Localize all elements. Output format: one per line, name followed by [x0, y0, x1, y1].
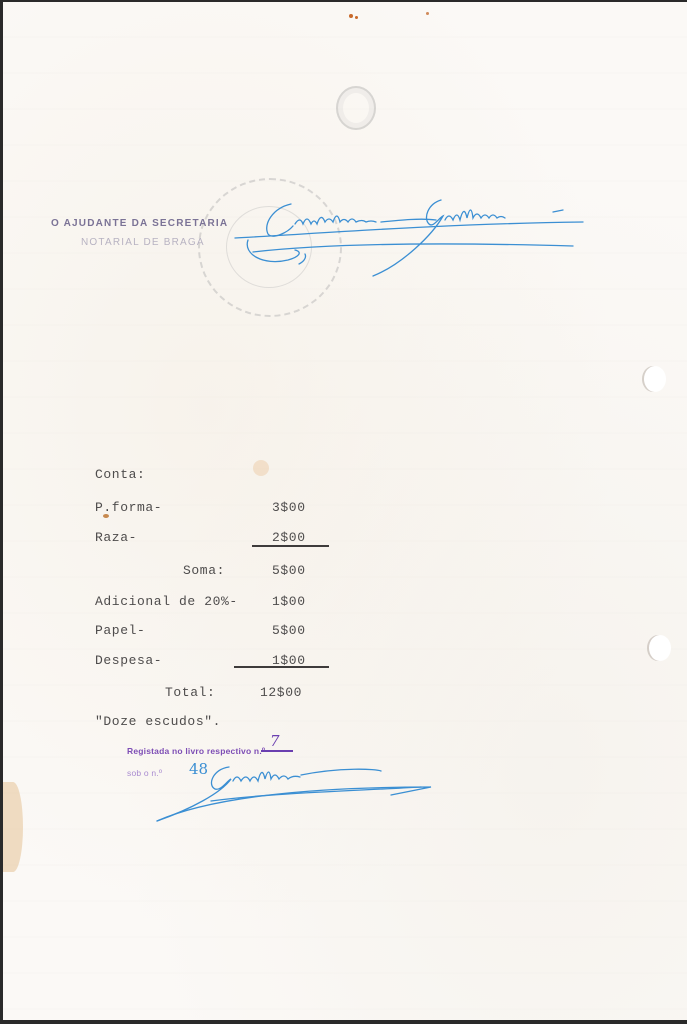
rust-speck: [426, 12, 429, 15]
row-amount-adicional: 1$00: [272, 594, 306, 609]
document-page: O AJUDANTE DA SECRETARIA NOTARIAL DE BRA…: [3, 2, 687, 1020]
registration-book-number: 7: [270, 732, 280, 750]
row-amount-pforma: 3$00: [272, 500, 306, 515]
account-heading: Conta:: [95, 467, 145, 482]
water-stain: [253, 460, 269, 476]
header-stamp-line2: NOTARIAL DE BRAGA: [81, 237, 205, 248]
row-label-raza: Raza-: [95, 530, 137, 545]
row-label-adicional: Adicional de 20%-: [95, 594, 238, 609]
punch-hole: [644, 366, 666, 392]
rust-speck: [349, 14, 353, 18]
row-amount-papel: 5$00: [272, 623, 306, 638]
signature-top: [233, 194, 593, 284]
registration-stamp-line1: Registada no livro respectivo n.º: [127, 746, 265, 756]
header-stamp-line1: O AJUDANTE DA SECRETARIA: [51, 218, 228, 229]
signature-bottom: [151, 757, 441, 827]
registration-underline: [261, 750, 293, 752]
row-amount-total: 12$00: [260, 685, 302, 700]
amount-in-words: "Doze escudos".: [95, 714, 221, 729]
row-amount-soma: 5$00: [272, 563, 306, 578]
total-rule: [234, 666, 329, 668]
row-amount-raza: 2$00: [272, 530, 306, 545]
rust-speck: [355, 16, 358, 19]
embossed-mark-top: [336, 86, 376, 130]
subtotal-rule: [252, 545, 329, 547]
row-label-pforma: P.forma-: [95, 500, 162, 515]
row-label-total: Total:: [165, 685, 215, 700]
row-label-papel: Papel-: [95, 623, 145, 638]
row-label-soma: Soma:: [183, 563, 225, 578]
punch-hole: [649, 635, 671, 661]
water-stain: [3, 782, 23, 872]
row-label-despesa: Despesa-: [95, 653, 162, 668]
